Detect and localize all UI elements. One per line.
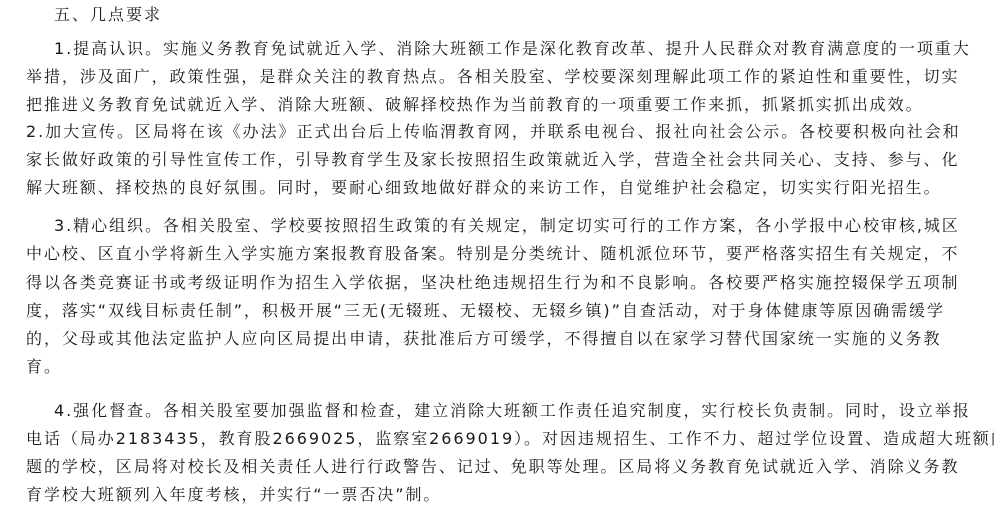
paragraph-3-line-4: 度，落实“双线目标责任制”，积极开展“三无(无辍班、无辍校、无辍乡镇)”自查活动… [26,300,945,322]
section-heading: 五、几点要求 [54,4,162,26]
paragraph-2-line-3: 解大班额、择校热的良好氛围。同时，要耐心细致地做好群众的来访工作，自觉维护社会稳… [26,177,941,199]
paragraph-4-line-4: 育学校大班额列入年度考核，并实行“一票否决”制。 [26,484,441,506]
paragraph-4-line-3: 题的学校，区局将对校长及相关责任人进行行政警告、记过、免职等处理。区局将义务教育… [26,456,959,478]
paragraph-3-line-3: 得以各类竞赛证书或考级证明作为招生入学依据，坚决杜绝违规招生行为和不良影响。各校… [26,272,959,294]
paragraph-2-line-2: 家长做好政策的引导性宣传工作，引导教育学生及家长按照招生政策就近入学，营造全社会… [26,149,959,171]
paragraph-3-line-2: 中心校、区直小学将新生入学实施方案报教育股备案。特别是分类统计、随机派位环节，要… [26,243,959,265]
paragraph-1-line-2: 举措，涉及面广，政策性强，是群众关注的教育热点。各相关股室、学校要深刻理解此项工… [26,66,959,88]
paragraph-3-line-1: 3.精心组织。各相关股室、学校要按照招生政策的有关规定，制定切实可行的工作方案，… [54,215,960,237]
paragraph-2-line-1: 2.加大宣传。区局将在该《办法》正式出台后上传临渭教育网，并联系电视台、报社向社… [26,121,961,143]
paragraph-4-line-1: 4.强化督查。各相关股室要加强监督和检查，建立消除大班额工作责任追究制度，实行校… [54,400,971,422]
paragraph-3-line-5: 的，父母或其他法定监护人应向区局提出申请，获批准后方可缓学，不得擅自以在家学习替… [26,328,941,350]
paragraph-1-line-3: 把推进义务教育免试就近入学、消除大班额、破解择校热作为当前教育的一项重要工作来抓… [26,94,924,116]
paragraph-3-line-6: 育。 [26,356,62,378]
paragraph-4-line-2: 电话（局办2183435，教育股2669025，监察室2669019）。对因违规… [26,428,994,450]
paragraph-1-line-1: 1.提高认识。实施义务教育免试就近入学、消除大班额工作是深化教育改革、提升人民群… [54,38,971,60]
